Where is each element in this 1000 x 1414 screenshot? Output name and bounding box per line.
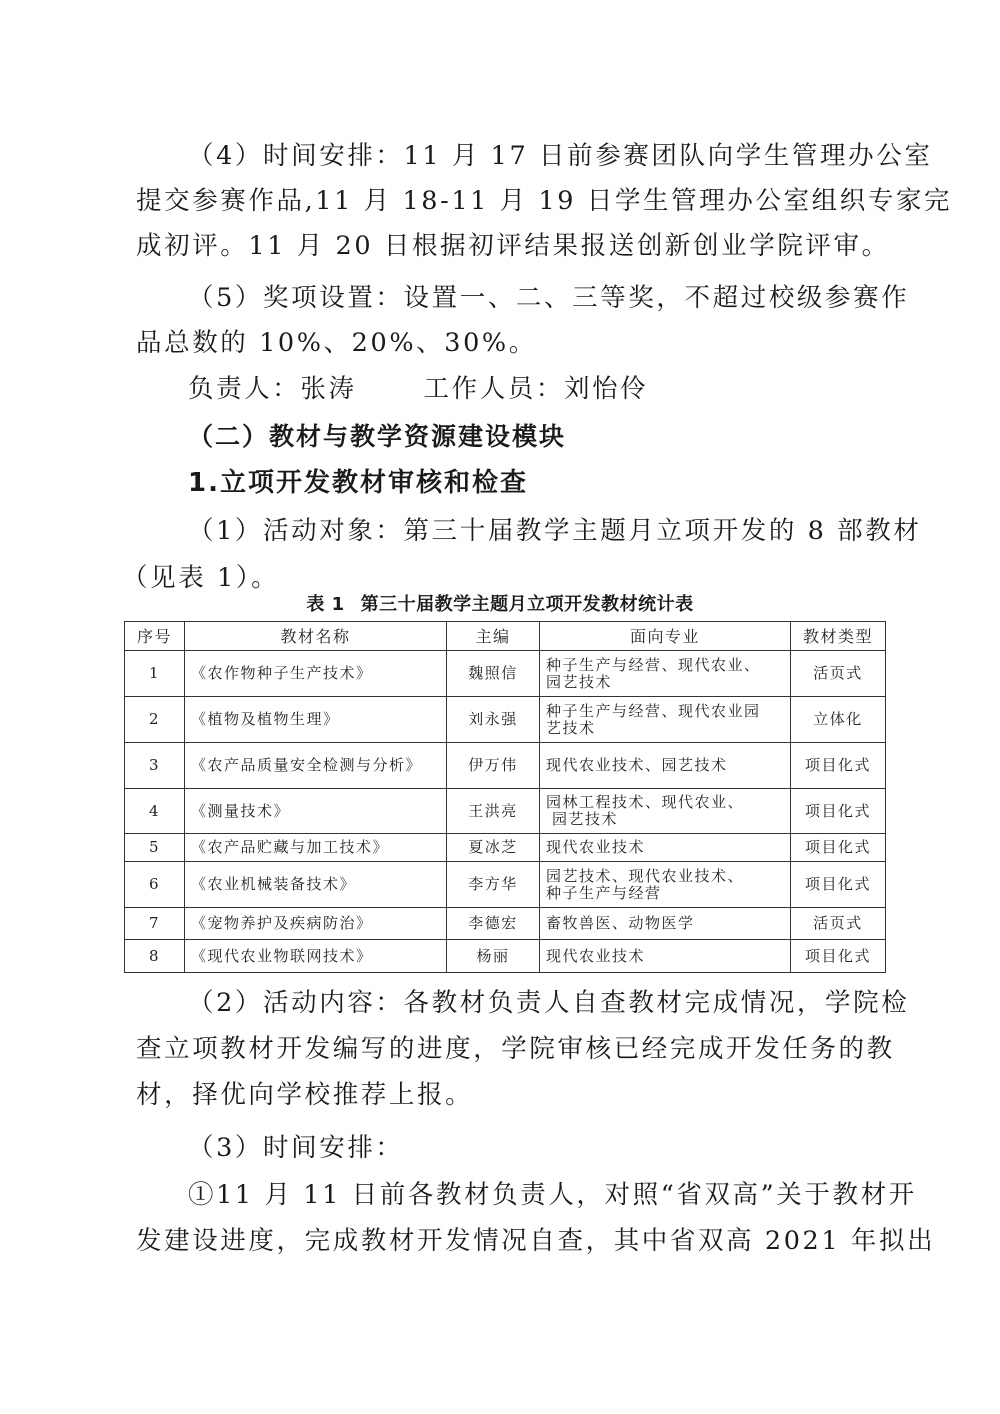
- cell-type: 项目化式: [791, 862, 886, 908]
- cell-name: 《农业机械装备技术》: [185, 862, 447, 908]
- cell-name: 《农产品贮藏与加工技术》: [185, 834, 447, 862]
- paragraph-time-arrangement-item1: ①11 月 11 日前各教材负责人，对照“省双高”关于教材开: [188, 1180, 918, 1210]
- paragraph-activity-content-cont: 材，择优向学校推荐上报。: [136, 1080, 866, 1110]
- cell-no: 3: [125, 743, 185, 789]
- paragraph-time-arrangement-item1-cont: 发建设进度，完成教材开发情况自查，其中省双高 2021 年拟出: [136, 1226, 866, 1256]
- section-heading: （二）教材与教学资源建设模块: [188, 422, 918, 452]
- table-row: 4 《测量技术》 王洪亮 园林工程技术、现代农业、 园艺技术 项目化式: [125, 789, 886, 834]
- cell-editor: 夏冰芝: [447, 834, 540, 862]
- cell-editor: 魏照信: [447, 651, 540, 697]
- cell-major-line: 园林工程技术、现代农业、: [546, 794, 784, 811]
- paragraph-activity-target-cont: （见表 1）。: [122, 563, 852, 593]
- cell-major: 园林工程技术、现代农业、 园艺技术: [540, 789, 791, 834]
- paragraph-time-arrangement: （3）时间安排：: [188, 1133, 918, 1163]
- cell-no: 7: [125, 908, 185, 940]
- cell-type: 项目化式: [791, 789, 886, 834]
- cell-editor: 伊万伟: [447, 743, 540, 789]
- cell-major: 现代农业技术、园艺技术: [540, 743, 791, 789]
- table-row: 7 《宠物养护及疾病防治》 李德宏 畜牧兽医、动物医学 活页式: [125, 908, 886, 940]
- cell-no: 5: [125, 834, 185, 862]
- cell-major-line: 艺技术: [546, 720, 784, 737]
- cell-major-line: 种子生产与经营、现代农业园: [546, 703, 784, 720]
- cell-major: 现代农业技术: [540, 940, 791, 973]
- cell-editor: 王洪亮: [447, 789, 540, 834]
- cell-no: 2: [125, 697, 185, 743]
- cell-major: 园艺技术、现代农业技术、种子生产与经营: [540, 862, 791, 908]
- paragraph-time-schedule: （4）时间安排：11 月 17 日前参赛团队向学生管理办公室: [188, 141, 918, 171]
- cell-editor: 李方华: [447, 862, 540, 908]
- header-no: 序号: [125, 622, 185, 651]
- cell-name: 《农产品质量安全检测与分析》: [185, 743, 447, 789]
- cell-major-line: 园艺技术、现代农业技术、: [546, 868, 784, 885]
- cell-major-line: 种子生产与经营: [546, 885, 784, 902]
- paragraph-time-schedule-cont: 提交参赛作品,11 月 18-11 月 19 日学生管理办公室组织专家完: [136, 186, 866, 216]
- subsection-heading: 1.立项开发教材审核和检查: [188, 468, 918, 498]
- paragraph-activity-content-cont: 查立项教材开发编写的进度，学院审核已经完成开发任务的教: [136, 1034, 866, 1064]
- table-caption-title: 第三十届教学主题月立项开发教材统计表: [361, 594, 694, 615]
- cell-name: 《现代农业物联网技术》: [185, 940, 447, 973]
- table-caption-label: 表 1: [306, 594, 344, 615]
- cell-no: 4: [125, 789, 185, 834]
- cell-type: 项目化式: [791, 940, 886, 973]
- cell-name: 《植物及植物生理》: [185, 697, 447, 743]
- staff-line: 负责人：张涛 工作人员：刘怡伶: [188, 374, 918, 404]
- cell-type: 活页式: [791, 908, 886, 940]
- cell-type: 活页式: [791, 651, 886, 697]
- cell-major-line: 种子生产与经营、现代农业、: [546, 657, 784, 674]
- paragraph-activity-content: （2）活动内容：各教材负责人自查教材完成情况，学院检: [188, 988, 918, 1018]
- paragraph-awards-cont: 品总数的 10%、20%、30%。: [136, 328, 866, 358]
- table-row: 6 《农业机械装备技术》 李方华 园艺技术、现代农业技术、种子生产与经营 项目化…: [125, 862, 886, 908]
- header-major: 面向专业: [540, 622, 791, 651]
- header-type: 教材类型: [791, 622, 886, 651]
- cell-name: 《宠物养护及疾病防治》: [185, 908, 447, 940]
- textbook-table: 序号 教材名称 主编 面向专业 教材类型 1 《农作物种子生产技术》 魏照信 种…: [124, 621, 886, 973]
- cell-no: 1: [125, 651, 185, 697]
- header-editor: 主编: [447, 622, 540, 651]
- table-row: 3 《农产品质量安全检测与分析》 伊万伟 现代农业技术、园艺技术 项目化式: [125, 743, 886, 789]
- cell-no: 6: [125, 862, 185, 908]
- cell-no: 8: [125, 940, 185, 973]
- table-row: 2 《植物及植物生理》 刘永强 种子生产与经营、现代农业园艺技术 立体化: [125, 697, 886, 743]
- table-row: 5 《农产品贮藏与加工技术》 夏冰芝 现代农业技术 项目化式: [125, 834, 886, 862]
- paragraph-activity-target: （1）活动对象：第三十届教学主题月立项开发的 8 部教材: [188, 516, 918, 546]
- cell-name: 《农作物种子生产技术》: [185, 651, 447, 697]
- table-row: 1 《农作物种子生产技术》 魏照信 种子生产与经营、现代农业、园艺技术 活页式: [125, 651, 886, 697]
- table-caption: 表 1第三十届教学主题月立项开发教材统计表: [0, 593, 1000, 617]
- cell-type: 立体化: [791, 697, 886, 743]
- cell-major-line: 园艺技术: [546, 674, 784, 691]
- paragraph-time-schedule-cont: 成初评。11 月 20 日根据初评结果报送创新创业学院评审。: [136, 231, 866, 261]
- cell-major: 畜牧兽医、动物医学: [540, 908, 791, 940]
- table-header-row: 序号 教材名称 主编 面向专业 教材类型: [125, 622, 886, 651]
- cell-major: 现代农业技术: [540, 834, 791, 862]
- cell-type: 项目化式: [791, 743, 886, 789]
- cell-editor: 李德宏: [447, 908, 540, 940]
- header-name: 教材名称: [185, 622, 447, 651]
- cell-major: 种子生产与经营、现代农业园艺技术: [540, 697, 791, 743]
- paragraph-awards: （5）奖项设置：设置一、二、三等奖，不超过校级参赛作: [188, 283, 918, 313]
- cell-editor: 杨丽: [447, 940, 540, 973]
- cell-type: 项目化式: [791, 834, 886, 862]
- table-row: 8 《现代农业物联网技术》 杨丽 现代农业技术 项目化式: [125, 940, 886, 973]
- cell-major-line: 园艺技术: [546, 811, 784, 828]
- cell-name: 《测量技术》: [185, 789, 447, 834]
- cell-major: 种子生产与经营、现代农业、园艺技术: [540, 651, 791, 697]
- cell-editor: 刘永强: [447, 697, 540, 743]
